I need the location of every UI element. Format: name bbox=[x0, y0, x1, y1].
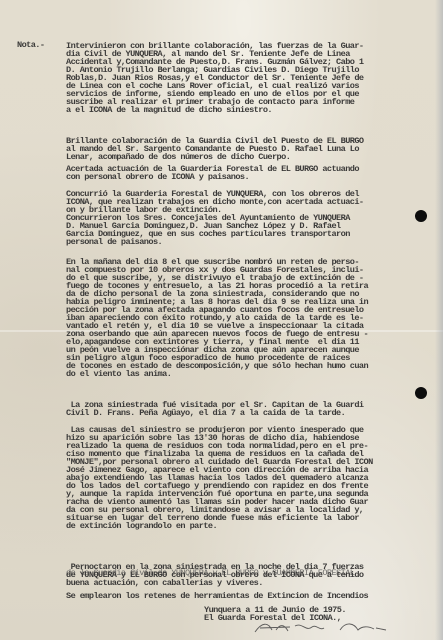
text-line: Se emplearon los retenes de herramientas… bbox=[66, 592, 443, 600]
text-line: Civil D. Frans. Peña Agüayo, el dia 7 a … bbox=[66, 409, 443, 417]
handwritten-signature-icon bbox=[250, 618, 400, 636]
paragraph-guarderia-forestal-yunquera: Concurrió la Guarderia Forestal de YUNQU… bbox=[66, 190, 443, 246]
paragraph-retenes: Se emplearon los retenes de herramientas… bbox=[66, 592, 443, 600]
text-line: do el viento las anima. bbox=[66, 370, 443, 378]
paragraph-guardia-civil-el-burgo: Brillante colaboración de la Guardia Civ… bbox=[66, 137, 443, 161]
text-line: a el ICONA de la magnitud de dicho sinie… bbox=[66, 106, 443, 114]
note-label: Nota.- bbox=[17, 41, 44, 49]
overtyped-text-lower: de YUNQUERA y EL BURGO con personal obre… bbox=[66, 571, 364, 579]
paragraph-visita-capitan: La zona siniestrada fué visitada por el … bbox=[66, 401, 443, 417]
punch-hole-icon bbox=[415, 387, 427, 399]
paragraph-causas-siniestro: Las causas del siniestro se produjeron p… bbox=[66, 426, 443, 530]
overtyped-line: de la Guardia Civil de YUNQUERA y EL BUR… bbox=[66, 571, 443, 579]
paragraph-guardia-civil-yunquera: Intervinieron con brillante colaboración… bbox=[66, 42, 443, 114]
text-line: buena actuación, con caballerias y viver… bbox=[66, 579, 443, 587]
paragraph-reten-personal: En la mañana del dia 8 el que suscribe n… bbox=[66, 258, 443, 378]
text-line: con personal obrero de ICONA y paisanos. bbox=[66, 173, 443, 181]
text-line: personal de paisanos. bbox=[66, 238, 443, 246]
typewritten-document: Nota.- Intervinieron con brillante colab… bbox=[0, 0, 443, 640]
text-line: Lenar, acompañado de dos números de dich… bbox=[66, 153, 443, 161]
punch-hole-icon bbox=[415, 210, 427, 222]
text-line: de extinción lograndolo en parte. bbox=[66, 522, 443, 530]
paragraph-guarderia-forestal-el-burgo: Acertada actuación de la Guarderia Fores… bbox=[66, 165, 443, 181]
paragraph-pernoctaron: Pernoctaron en la zona siniestrada en la… bbox=[66, 563, 443, 587]
